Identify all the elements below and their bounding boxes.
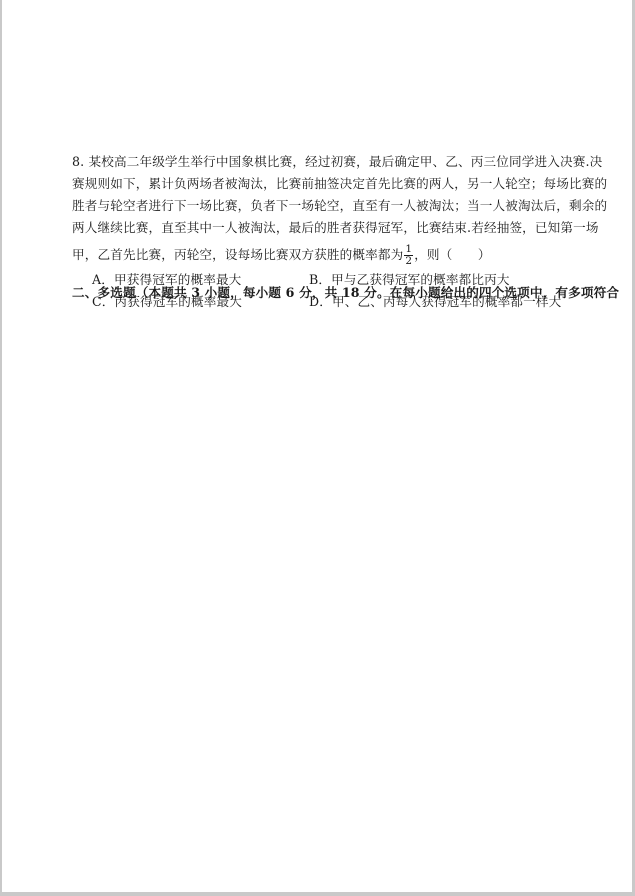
- exam-page: 8. 某校高二年级学生举行中国象棋比赛，经过初赛，最后确定甲、乙、丙三位同学进入…: [2, 0, 632, 892]
- section-2-line-1: 二、多选题（本题共 3 小题，每小题 6 分，共 18 分。在每小题给出的四个选…: [72, 285, 619, 301]
- q8-line-2: 赛规则如下，累计负两场者被淘汰，比赛前抽签决定首先比赛的两人，另一人轮空；每场比…: [72, 176, 607, 192]
- q8-line-5: 甲，乙首先比赛，丙轮空，设每场比赛双方获胜的概率都为12，则（ ）: [72, 244, 491, 267]
- q8-line-1: 8. 某校高二年级学生举行中国象棋比赛，经过初赛，最后确定甲、乙、丙三位同学进入…: [72, 154, 602, 170]
- fraction-half: 12: [404, 244, 413, 267]
- q8-line-4: 两人继续比赛，直至其中一人被淘汰，最后的胜者获得冠军，比赛结束.若经抽签，已知第…: [72, 220, 599, 236]
- q8-line-3: 胜者与轮空者进行下一场比赛，负者下一场轮空，直至有一人被淘汰；当一人被淘汰后，剩…: [72, 198, 607, 214]
